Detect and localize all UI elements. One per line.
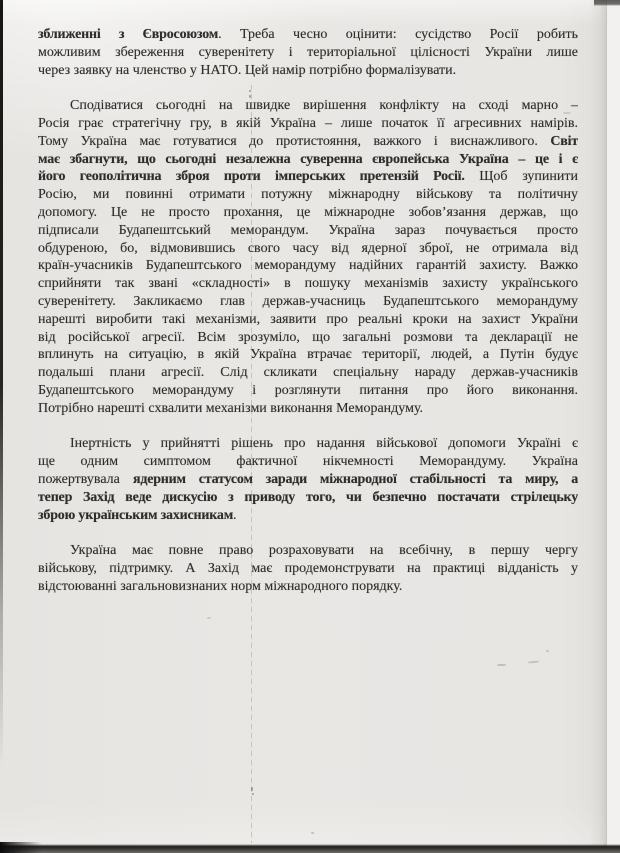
text-segment: підписали Будапештський меморандум. Укра… [38, 223, 578, 238]
text-segment: можливим збереження суверенітету і терит… [38, 45, 578, 60]
text-segment: нарешті виробити такі механізми, заявити… [38, 312, 578, 327]
text-segment: подальші плани агресії. Слід скликати сп… [38, 365, 578, 380]
text-segment-bold: зближенні з Євросоюзом [38, 27, 218, 42]
fold-crease [251, 85, 252, 843]
scanned-page: зближенні з Євросоюзом. Треба чесно оцін… [0, 0, 620, 853]
scan-speck [251, 787, 253, 791]
text-segment: Тому Україна має готуватися до протистоя… [38, 134, 550, 149]
text-segment: Росія грає стратегічну гру, в якій Украї… [38, 116, 578, 131]
text-line: Тому Україна має готуватися до протистоя… [38, 133, 578, 151]
text-segment: від російської агресії. Всім зрозуміло, … [38, 330, 578, 345]
text-segment: обдуреною, бо, відмовившись свого часу в… [38, 241, 578, 256]
text-line: Росію, ми повинні отримати потужну міжна… [38, 186, 578, 204]
text-segment: відстоюванні загальновизнаних норм міжна… [38, 579, 402, 594]
text-line: Сподіватися сьогодні на швидке вирішення… [38, 97, 578, 115]
scanner-background-strip [606, 0, 620, 853]
text-segment: через заявку на членство у НАТО. Цей нам… [38, 63, 456, 78]
text-segment: . Треба чесно оцінити: сусідство Росії р… [218, 27, 578, 42]
document-text: зближенні з Євросоюзом. Треба чесно оцін… [38, 26, 578, 596]
text-line: через заявку на членство у НАТО. Цей нам… [38, 62, 578, 80]
text-line: ще одним симптомом фактичної нікчемності… [38, 453, 578, 471]
text-line: Потрібно нарешті схвалити механізми вико… [38, 400, 578, 418]
text-line: сприйняти так звані «складності» в пошук… [38, 275, 578, 293]
text-line: нарешті виробити такі механізми, заявити… [38, 311, 578, 329]
text-segment: військову, підтримку. А Захід має продем… [38, 561, 578, 576]
scan-edge-top-right [594, 0, 620, 6]
scan-edge-bottom [0, 842, 620, 853]
text-line: від російської агресії. Всім зрозуміло, … [38, 329, 578, 347]
text-line: Україна має повне право розраховувати на… [38, 542, 578, 560]
text-line: зближенні з Євросоюзом. Треба чесно оцін… [38, 26, 578, 44]
text-segment: Інертність у прийнятті рішень про наданн… [70, 436, 578, 451]
text-segment: країн-учасників Будапештського меморанду… [38, 258, 578, 273]
scan-speck [546, 650, 549, 652]
paragraph: Україна має повне право розраховувати на… [38, 542, 578, 595]
text-segment-bold: має збагнути, що сьогодні незалежна суве… [38, 152, 578, 167]
paragraph: Інертність у прийнятті рішень про наданн… [38, 435, 578, 524]
text-segment-bold: Світ [550, 134, 578, 149]
text-line: пожертвувала ядерним статусом заради між… [38, 471, 578, 489]
text-line: обдуреною, бо, відмовившись свого часу в… [38, 240, 578, 258]
text-segment-bold: ядерним статусом заради міжнародної стаб… [133, 472, 578, 487]
text-line: його геополітична зброя проти імперських… [38, 168, 578, 186]
scan-speck [249, 90, 251, 92]
text-line: відстоюванні загальновизнаних норм міжна… [38, 578, 578, 596]
text-segment: суверенітету. Закликаємо глав держав-уча… [38, 294, 578, 309]
text-segment: вплинуть на ситуацію, в якій Україна втр… [38, 347, 578, 362]
text-line: підписали Будапештський меморандум. Укра… [38, 222, 578, 240]
text-line: Росія грає стратегічну гру, в якій Украї… [38, 115, 578, 133]
text-segment: Щоб зупинити [465, 169, 578, 184]
text-line: Інертність у прийнятті рішень про наданн… [38, 435, 578, 453]
text-segment: Потрібно нарешті схвалити механізми вико… [38, 401, 423, 416]
scan-speck [311, 832, 314, 834]
text-line: суверенітету. Закликаємо глав держав-уча… [38, 293, 578, 311]
text-line: тепер Захід веде дискусію з приводу того… [38, 489, 578, 507]
text-segment-bold: зброю українським захисникам [38, 508, 233, 523]
text-segment: Сподіватися сьогодні на швидке вирішення… [70, 98, 578, 113]
scan-speck [528, 660, 539, 663]
text-segment: . [233, 508, 237, 523]
text-segment: пожертвувала [38, 472, 133, 487]
text-line: можливим збереження суверенітету і терит… [38, 44, 578, 62]
paragraph: Сподіватися сьогодні на швидке вирішення… [38, 97, 578, 417]
paper-edge-shadow [589, 0, 607, 853]
text-line: вплинуть на ситуацію, в якій Україна втр… [38, 346, 578, 364]
text-line: Будапештського меморандуму і розглянути … [38, 382, 578, 400]
text-segment: Україна має повне право розраховувати на… [70, 543, 578, 558]
text-segment-bold: тепер Захід веде дискусію з приводу того… [38, 490, 578, 505]
text-line: зброю українським захисникам. [38, 507, 578, 525]
text-segment: сприйняти так звані «складності» в пошук… [38, 276, 578, 291]
scan-speck [252, 793, 254, 795]
text-segment: ще одним симптомом фактичної нікчемності… [38, 454, 578, 469]
text-segment: Росію, ми повинні отримати потужну міжна… [38, 187, 578, 202]
text-line: допомогу. Це не просто прохання, це міжн… [38, 204, 578, 222]
scan-edge-left [0, 0, 3, 853]
paragraph: зближенні з Євросоюзом. Треба чесно оцін… [38, 26, 578, 79]
scan-speck [207, 617, 211, 619]
scan-speck [563, 112, 571, 114]
scan-speck [497, 664, 506, 666]
text-line: країн-учасників Будапештського меморанду… [38, 257, 578, 275]
text-line: військову, підтримку. А Захід має продем… [38, 560, 578, 578]
scan-speck [249, 95, 251, 98]
text-line: має збагнути, що сьогодні незалежна суве… [38, 151, 578, 169]
text-segment: Будапештського меморандуму і розглянути … [38, 383, 578, 398]
text-line: подальші плани агресії. Слід скликати сп… [38, 364, 578, 382]
text-segment: допомогу. Це не просто прохання, це міжн… [38, 205, 578, 220]
